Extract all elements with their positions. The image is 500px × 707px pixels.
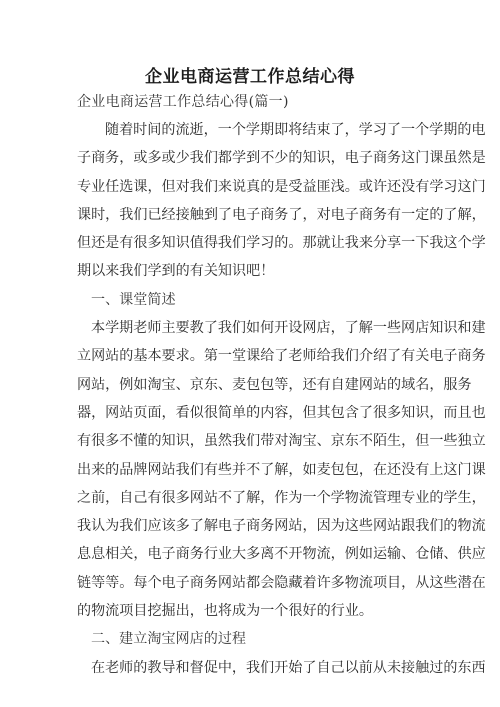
paragraph-line: 课时，我们已经接触到了电子商务了，对电子商务有一定的了解，	[77, 201, 427, 229]
paragraph-line: 期以来我们学到的有关知识吧！	[77, 257, 427, 285]
document-body: 随着时间的流逝，一个学期即将结束了，学习了一个学期的电 子商务，或多或少我们都学…	[77, 116, 427, 682]
paragraph-line: 专业任选课，但对我们来说真的是受益匪浅。或许还没有学习这门	[77, 173, 427, 201]
document-subtitle: 企业电商运营工作总结心得(篇一)	[77, 91, 289, 111]
paragraph-line: 出来的品牌网站我们有些并不了解，如麦包包，在还没有上这门课	[77, 456, 427, 484]
paragraph-line: 之前，自己有很多网站不了解，作为一个学物流管理专业的学生，	[77, 484, 427, 512]
paragraph-line: 我认为我们应该多了解电子商务网站，因为这些网站跟我们的物流	[77, 512, 427, 540]
paragraph-line: 在老师的教导和督促中，我们开始了自己以前从未接触过的东西	[77, 654, 427, 682]
paragraph-line: 的物流项目挖掘出，也将成为一个很好的行业。	[77, 597, 427, 625]
paragraph-line: 子商务，或多或少我们都学到不少的知识，电子商务这门课虽然是	[77, 144, 427, 172]
paragraph-line: 但还是有很多知识值得我们学习的。那就让我来分享一下我这个学	[77, 229, 427, 257]
section-heading: 二、建立淘宝网店的过程	[77, 625, 427, 653]
paragraph-line: 有很多不懂的知识，虽然我们带对淘宝、京东不陌生，但一些独立	[77, 427, 427, 455]
paragraph-line: 链等等。每个电子商务网站都会隐藏着许多物流项目，从这些潜在	[77, 569, 427, 597]
paragraph-line: 随着时间的流逝，一个学期即将结束了，学习了一个学期的电	[77, 116, 427, 144]
document-title: 企业电商运营工作总结心得	[0, 62, 500, 87]
paragraph-line: 立网站的基本要求。第一堂课给了老师给我们介绍了有关电子商务	[77, 342, 427, 370]
paragraph-line: 本学期老师主要教了我们如何开设网店，了解一些网店知识和建	[77, 314, 427, 342]
paragraph-line: 器，网站页面，看似很简单的内容，但其包含了很多知识，而且也	[77, 399, 427, 427]
paragraph-line: 息息相关，电子商务行业大多离不开物流，例如运输、仓储、供应	[77, 540, 427, 568]
paragraph-line: 网站，例如淘宝、京东、麦包包等，还有自建网站的域名，服务	[77, 371, 427, 399]
section-heading: 一、课堂简述	[77, 286, 427, 314]
